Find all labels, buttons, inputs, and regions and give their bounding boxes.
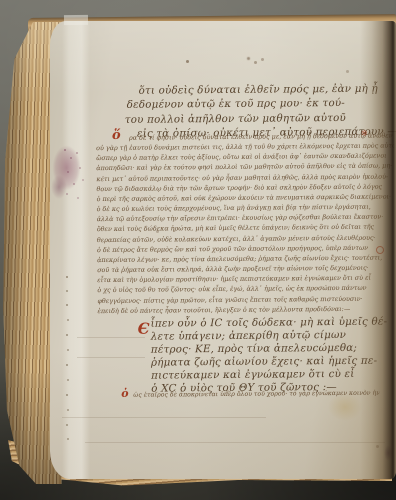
repair-strip-top-stub — [64, 15, 88, 25]
commentary-block: ρα δὲ τί φησιν· οὐδεὶς δύναται ἐλθεῖν πρ… — [96, 131, 396, 316]
text-layer: ὅτι οὐδεὶς δύναται ἐλθεῖν πρός με, ἐὰν μ… — [50, 21, 396, 479]
manuscript-photo: ὅτι οὐδεὶς δύναται ἐλθεῖν πρός με, ἐὰν μ… — [0, 0, 396, 500]
manuscript-page: ὅτι οὐδεὶς δύναται ἐλθεῖν πρός με, ἐὰν μ… — [50, 21, 396, 479]
lemma-line: πιϲτεύκαμεν καὶ ἐγνώκαμεν ὅτι ϲὺ εἶ — [151, 367, 361, 382]
lemma-line: ῥήματα ζωῆς αἰωνίου ἔχεις· καὶ ἡμεῖς πε- — [151, 355, 361, 370]
footnote-line: ὡς ἑταῖρος δὲ ἀποκρίνεται ὑπὲρ ὅλου τοῦ … — [133, 390, 379, 399]
rubric-initial-lemma: Є — [138, 320, 150, 338]
gutter-shadow — [360, 21, 396, 479]
rubric-initial-footnote: ὁ — [121, 387, 128, 400]
lemma-block-2: ἶπεν οὖν ὁ ΙϹ τοῖς δώδεκα· μὴ καὶ ὑμεῖς … — [151, 316, 362, 395]
commentary-line: ἐπειδὴ δὲ οὐ πάντες ἦσαν τοιοῦτοι, ἤλεγξ… — [97, 303, 395, 316]
